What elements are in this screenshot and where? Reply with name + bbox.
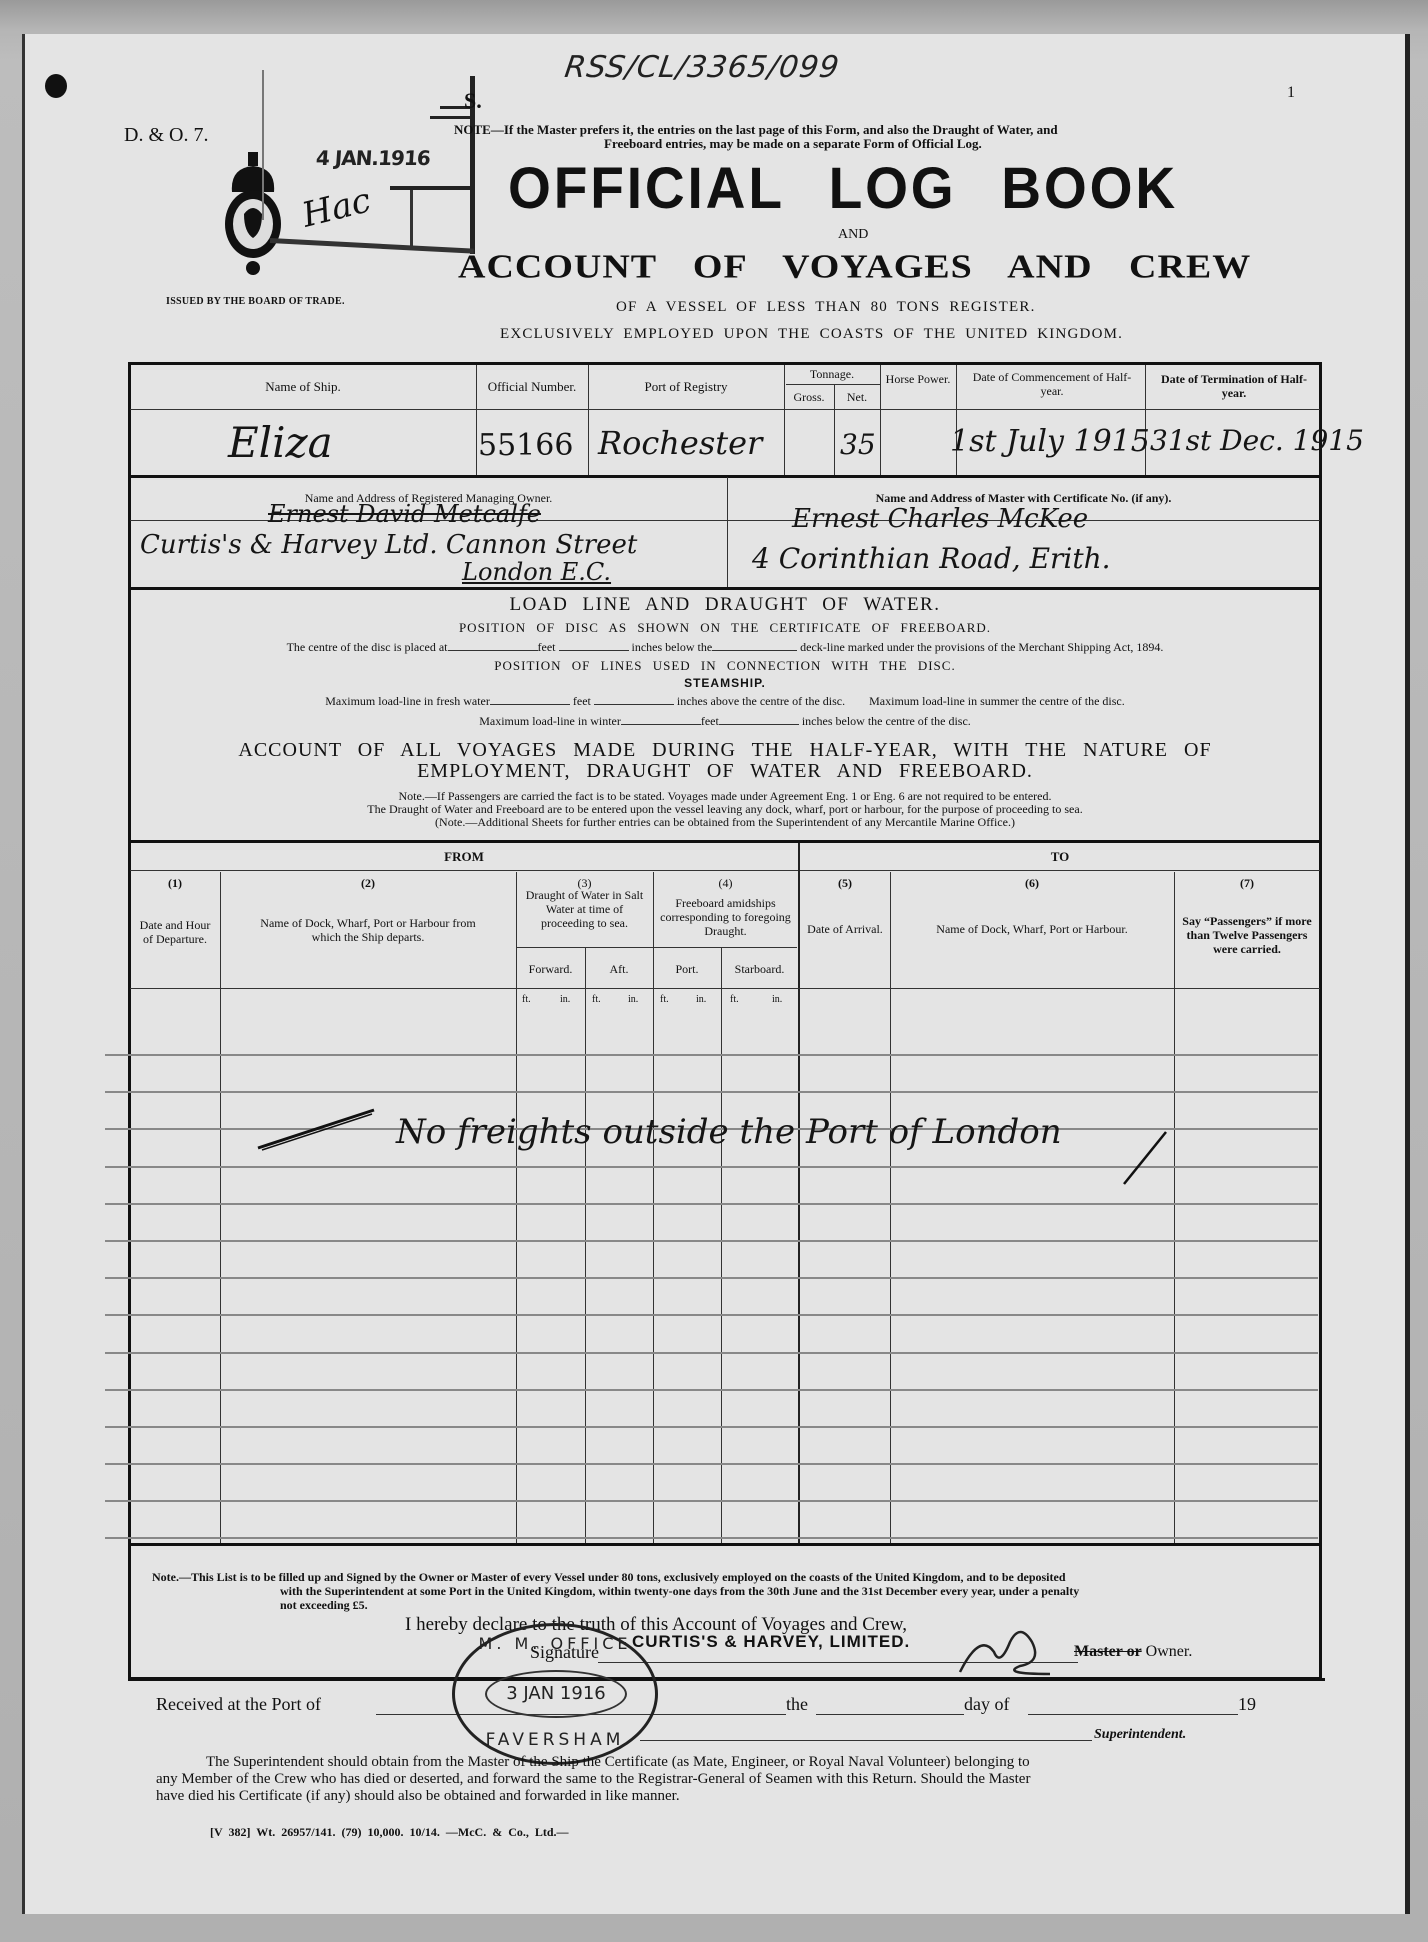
- value-date-termination: 31st Dec. 1915: [1150, 424, 1364, 457]
- value-net-tonnage: 35: [840, 428, 876, 461]
- title-and: AND: [838, 227, 868, 243]
- label-official-number: Official Number.: [476, 380, 588, 394]
- label-gross: Gross.: [784, 390, 834, 404]
- handwritten-entry: No freights outside the Port of London: [396, 1112, 1062, 1152]
- col-4-port: Port.: [653, 962, 721, 976]
- form-code: D. & O. 7.: [124, 124, 208, 147]
- label-port-of-registry: Port of Registry: [588, 380, 784, 394]
- label-name-of-ship: Name of Ship.: [130, 380, 476, 394]
- issued-by: ISSUED BY THE BOARD OF TRADE.: [166, 296, 345, 307]
- col-7-label: Say “Passengers” if more than Twelve Pas…: [1176, 914, 1318, 956]
- footer-note: Note.—This List is to be filled up and S…: [152, 1570, 1312, 1612]
- lines-heading: POSITION OF LINES USED IN CONNECTION WIT…: [131, 658, 1319, 674]
- load-line-section: LOAD LINE AND DRAUGHT OF WATER. POSITION…: [131, 590, 1319, 840]
- value-owner-struck: Ernest David Metcalfe: [268, 500, 541, 528]
- col-1-num: (1): [130, 876, 220, 890]
- company-stamp: CURTIS'S & HARVEY, LIMITED.: [632, 1632, 910, 1652]
- value-master-line-1: Ernest Charles McKee: [792, 504, 1088, 534]
- col-3-label: Draught of Water in Salt Water at time o…: [518, 888, 651, 930]
- end-stroke-icon: [1120, 1130, 1170, 1186]
- account-notes: Note.—If Passengers are carried the fact…: [131, 790, 1319, 829]
- col-2-label: Name of Dock, Wharf, Port or Harbour fro…: [250, 916, 486, 944]
- page-title: OFFICIAL LOG BOOK: [508, 155, 1178, 222]
- col-7-num: (7): [1174, 876, 1320, 890]
- note-line-2: Freeboard entries, may be made on a sepa…: [454, 137, 1294, 151]
- printer-line: [V 382] Wt. 26957/141. (79) 10,000. 10/1…: [210, 1825, 569, 1840]
- label-date-termination: Date of Termination of Half-year.: [1150, 372, 1318, 400]
- label-net: Net.: [834, 390, 880, 404]
- value-owner-line-2: London E.C.: [462, 558, 611, 586]
- signature-icon: [950, 1622, 1070, 1682]
- value-port-of-registry: Rochester: [598, 424, 762, 462]
- group-to: TO: [800, 850, 1320, 864]
- stamp-letter: S.: [464, 88, 482, 114]
- value-ship-name: Eliza: [228, 418, 333, 467]
- col-6-label: Name of Dock, Wharf, Port or Harbour.: [920, 922, 1144, 936]
- disc-heading: POSITION OF DISC AS SHOWN ON THE CERTIFI…: [131, 620, 1319, 636]
- col-1-label: Date and Hour of Departure.: [134, 918, 216, 946]
- label-master: Name and Address of Master with Certific…: [727, 491, 1320, 505]
- the-label: the: [786, 1694, 808, 1715]
- unit-ft: ft.: [522, 993, 531, 1007]
- disc-position-text: The centre of the disc is placed atfeet …: [131, 640, 1319, 655]
- value-owner-line-1: Curtis's & Harvey Ltd. Cannon Street: [140, 530, 637, 560]
- note-label: NOTE: [454, 122, 491, 137]
- label-horse-power: Horse Power.: [880, 372, 956, 386]
- vessel-class: OF A VESSEL OF LESS THAN 80 TONS REGISTE…: [616, 299, 1036, 316]
- unit-in: in.: [628, 993, 638, 1007]
- col-5-num: (5): [800, 876, 890, 890]
- received-at-port-label: Received at the Port of: [156, 1694, 321, 1715]
- steamship-label: STEAMSHIP.: [131, 676, 1319, 690]
- unit-in: in.: [560, 993, 570, 1007]
- account-title: ACCOUNT OF ALL VOYAGES MADE DURING THE H…: [131, 740, 1319, 782]
- day-of-label: day of: [964, 1694, 1009, 1715]
- group-from: FROM: [130, 850, 798, 864]
- unit-in: in.: [696, 993, 706, 1007]
- value-date-commencement: 1st July 1915: [950, 424, 1150, 459]
- col-6-num: (6): [890, 876, 1174, 890]
- master-or-owner: Master or Owner.: [1074, 1643, 1192, 1661]
- winter-line: Maximum load-line in winterfeet inches b…: [131, 714, 1319, 729]
- punch-hole: [45, 74, 67, 98]
- value-official-number: 55166: [478, 428, 573, 463]
- year-prefix: 19: [1238, 1694, 1256, 1715]
- load-line-title: LOAD LINE AND DRAUGHT OF WATER.: [131, 594, 1319, 616]
- col-4-num: (4): [653, 876, 798, 890]
- label-tonnage: Tonnage.: [784, 367, 880, 381]
- unit-ft: ft.: [730, 993, 739, 1007]
- note-line-1: —If the Master prefers it, the entries o…: [491, 122, 1058, 137]
- col-4-label: Freeboard amidships corresponding to for…: [655, 896, 796, 938]
- col-3-forward: Forward.: [516, 962, 585, 976]
- mm-office-stamp: M. M. OFFICE 3 JAN 1916 FAVERSHAM: [452, 1623, 658, 1765]
- stamp-date: 4 JAN.1916: [315, 146, 430, 170]
- col-3-aft: Aft.: [585, 962, 653, 976]
- employment-scope: EXCLUSIVELY EMPLOYED UPON THE COASTS OF …: [500, 326, 1123, 343]
- unit-ft: ft.: [660, 993, 669, 1007]
- col-5-label: Date of Arrival.: [804, 922, 886, 936]
- superintendent-instructions: The Superintendent should obtain from th…: [156, 1754, 1286, 1805]
- page-number: 1: [1287, 84, 1295, 102]
- col-4-starboard: Starboard.: [721, 962, 798, 976]
- label-date-commencement: Date of Commencement of Half-year.: [962, 370, 1142, 398]
- unit-ft: ft.: [592, 993, 601, 1007]
- page-subtitle: ACCOUNT OF VOYAGES AND CREW: [458, 247, 1251, 287]
- superintendent-label: Superintendent.: [1094, 1727, 1186, 1743]
- dash-stroke-icon: [256, 1106, 376, 1152]
- archive-reference: RSS/CL/3365/099: [563, 50, 842, 85]
- unit-in: in.: [772, 993, 782, 1007]
- col-2-num: (2): [220, 876, 516, 890]
- fresh-water-line: Maximum load-line in fresh water feet in…: [131, 694, 1319, 709]
- top-note: NOTE—If the Master prefers it, the entri…: [454, 123, 1294, 151]
- value-master-line-2: 4 Corinthian Road, Erith.: [752, 542, 1111, 575]
